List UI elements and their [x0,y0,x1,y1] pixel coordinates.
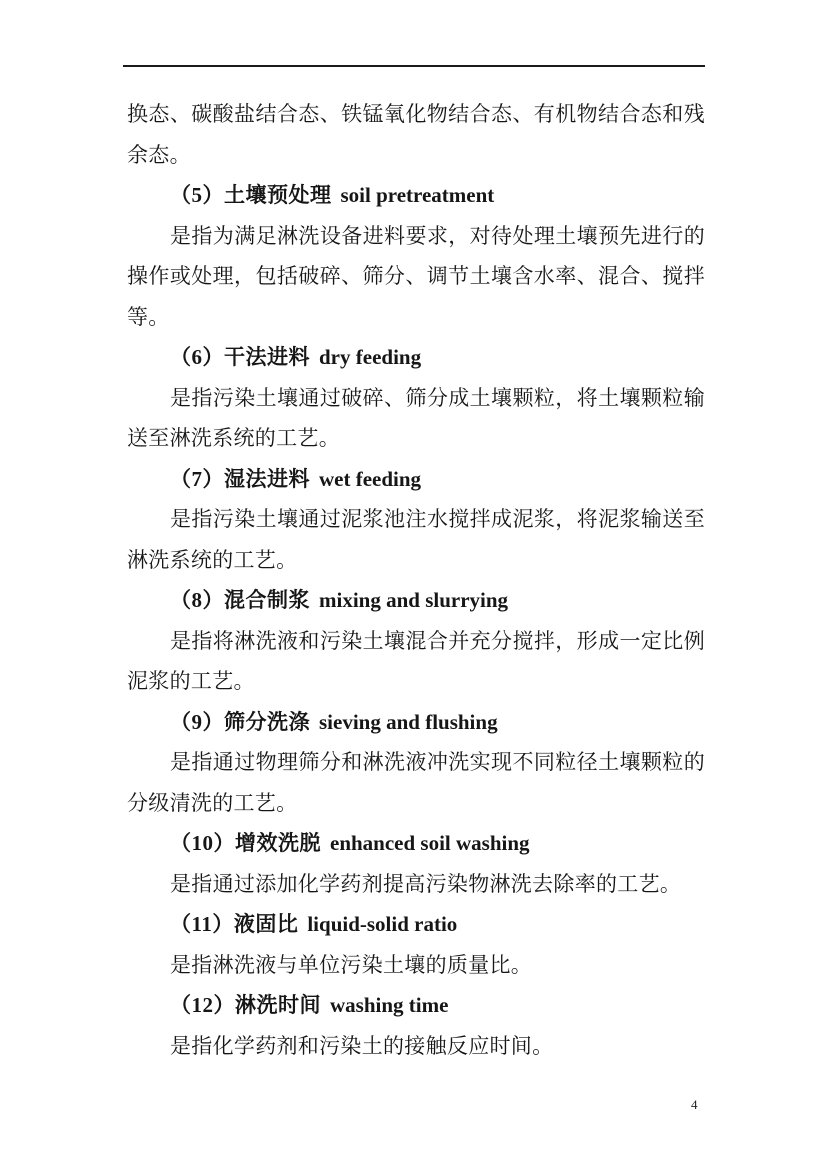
heading-zh: （5）土壤预处理 [170,183,332,207]
heading-en: liquid-solid ratio [307,912,457,936]
section-heading-8: （8）混合制浆mixing and slurrying [127,580,705,621]
section-body-10: 是指通过添加化学药剂提高污染物淋洗去除率的工艺。 [127,864,705,905]
heading-zh: （12）淋洗时间 [170,993,321,1017]
document-content: 换态、碳酸盐结合态、铁锰氧化物结合态、有机物结合态和残余态。 （5）土壤预处理s… [127,94,705,1066]
section-heading-10: （10）增效洗脱enhanced soil washing [127,823,705,864]
section-heading-7: （7）湿法进料wet feeding [127,459,705,500]
section-body-11: 是指淋洗液与单位污染土壤的质量比。 [127,945,705,986]
section-body-8: 是指将淋洗液和污染土壤混合并充分搅拌，形成一定比例泥浆的工艺。 [127,621,705,702]
heading-zh: （10）增效洗脱 [170,831,321,855]
document-page: 换态、碳酸盐结合态、铁锰氧化物结合态、有机物结合态和残余态。 （5）土壤预处理s… [0,0,826,1169]
heading-en: mixing and slurrying [319,588,508,612]
section-body-7: 是指污染土壤通过泥浆池注水搅拌成泥浆，将泥浆输送至淋洗系统的工艺。 [127,499,705,580]
section-body-12: 是指化学药剂和污染土的接触反应时间。 [127,1026,705,1067]
section-body-9: 是指通过物理筛分和淋洗液冲洗实现不同粒径土壤颗粒的分级清洗的工艺。 [127,742,705,823]
heading-en: washing time [330,993,448,1017]
heading-en: wet feeding [319,467,421,491]
section-heading-12: （12）淋洗时间washing time [127,985,705,1026]
heading-zh: （7）湿法进料 [170,467,310,491]
section-heading-5: （5）土壤预处理soil pretreatment [127,175,705,216]
section-body-6: 是指污染土壤通过破碎、筛分成土壤颗粒，将土壤颗粒输送至淋洗系统的工艺。 [127,378,705,459]
heading-en: sieving and flushing [319,710,498,734]
heading-zh: （9）筛分洗涤 [170,710,310,734]
section-heading-9: （9）筛分洗涤sieving and flushing [127,702,705,743]
heading-en: enhanced soil washing [330,831,530,855]
section-body-5: 是指为满足淋洗设备进料要求，对待处理土壤预先进行的操作或处理，包括破碎、筛分、调… [127,216,705,338]
heading-en: dry feeding [319,345,421,369]
section-heading-6: （6）干法进料dry feeding [127,337,705,378]
heading-en: soil pretreatment [341,183,495,207]
heading-zh: （11）液固比 [170,912,298,936]
heading-zh: （6）干法进料 [170,345,310,369]
heading-zh: （8）混合制浆 [170,588,310,612]
header-rule [123,65,705,67]
section-heading-11: （11）液固比liquid-solid ratio [127,904,705,945]
page-number: 4 [691,1095,698,1115]
paragraph-continuation: 换态、碳酸盐结合态、铁锰氧化物结合态、有机物结合态和残余态。 [127,94,705,175]
